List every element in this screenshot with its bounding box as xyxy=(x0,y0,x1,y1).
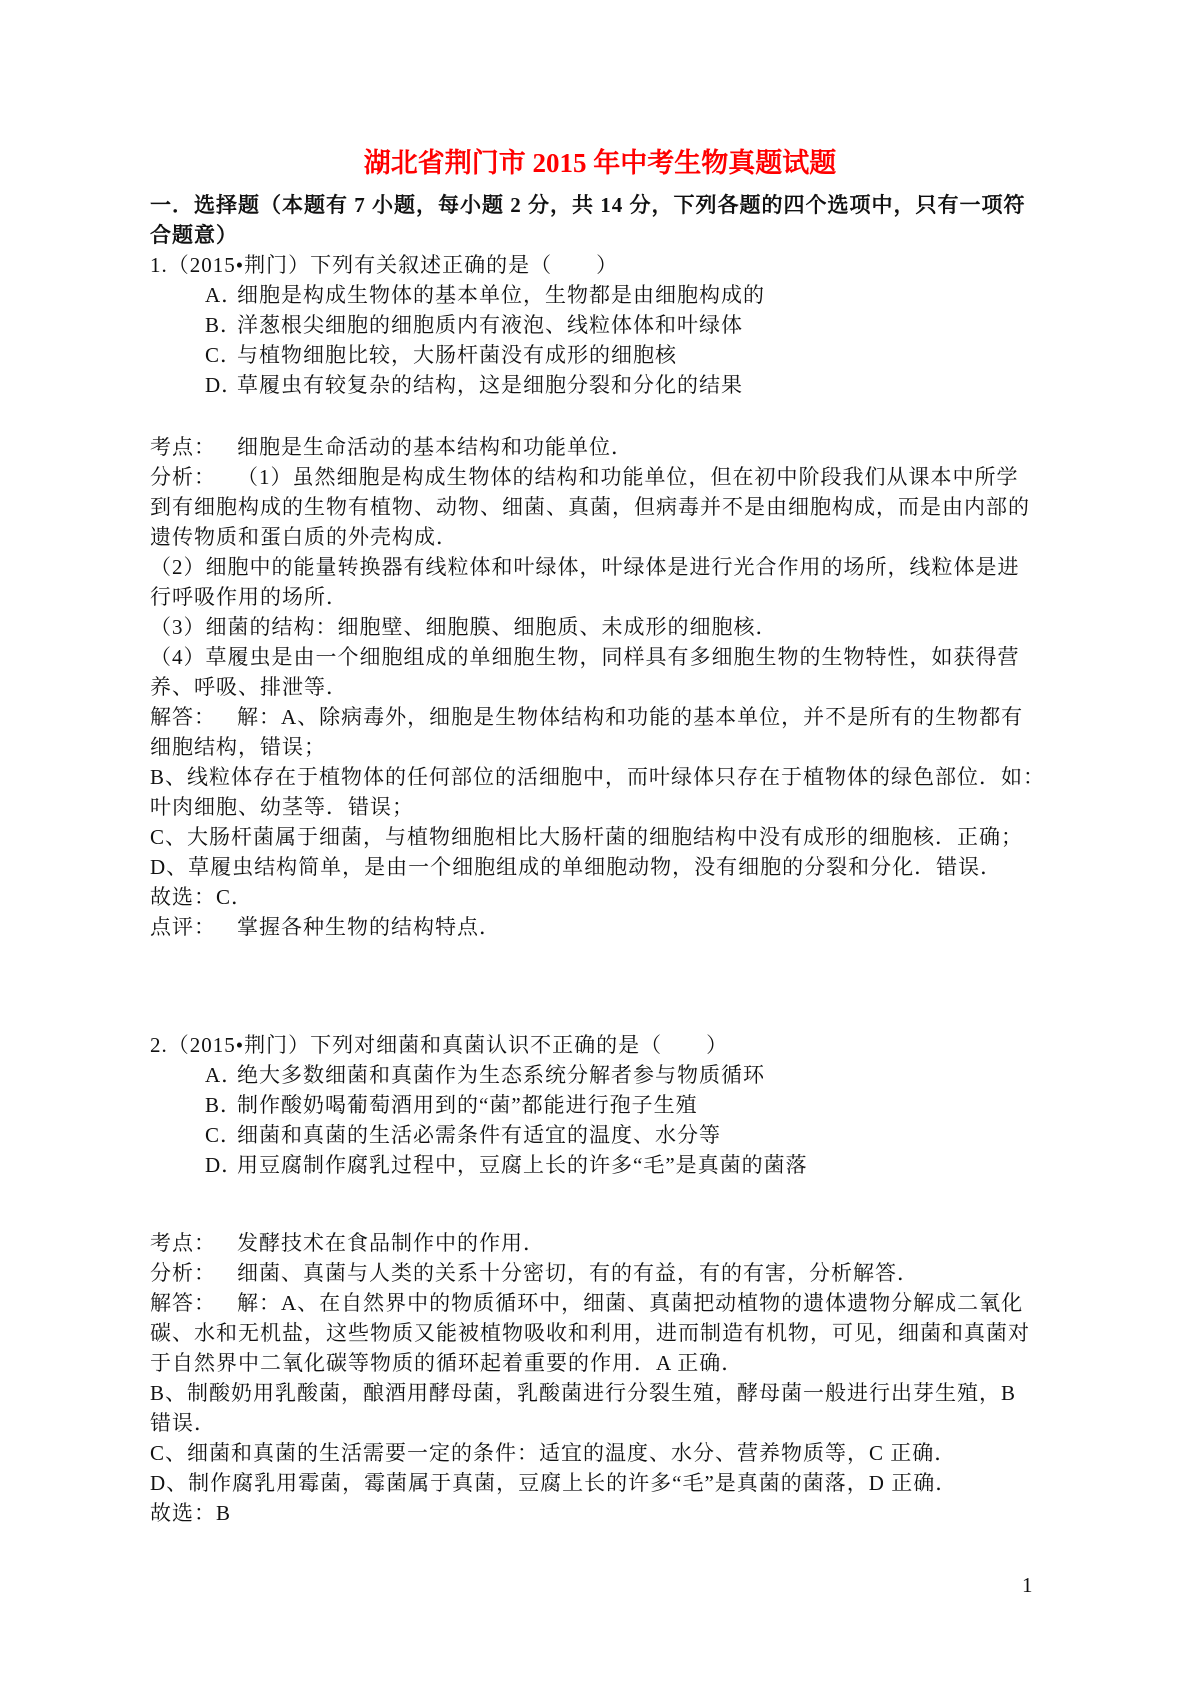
question-1-block: 1.（2015•荆门）下列有关叙述正确的是（ ） A．细胞是构成生物体的基本单位… xyxy=(150,250,1050,942)
option-row: A．绝大多数细菌和真菌作为生态系统分解者参与物质循环 xyxy=(150,1060,1050,1090)
explanation-line: C、细菌和真菌的生活需要一定的条件：适宜的温度、水分、营养物质等，C 正确． xyxy=(150,1438,1050,1468)
explanation-line: 解答：解：A、除病毒外，细胞是生物体结构和功能的基本单位，并不是所有的生物都有 xyxy=(150,702,1050,732)
explanation-label: 点评： xyxy=(150,912,237,942)
option-row: B．制作酸奶喝葡萄酒用到的“菌”都能进行孢子生殖 xyxy=(150,1090,1050,1120)
option-letter: C． xyxy=(205,1120,237,1150)
document-page: 湖北省荆门市 2015 年中考生物真题试题 一．选择题（本题有 7 小题，每小题… xyxy=(0,0,1200,1698)
option-text: 细菌和真菌的生活必需条件有适宜的温度、水分等 xyxy=(237,1123,721,1147)
option-row: C．细菌和真菌的生活必需条件有适宜的温度、水分等 xyxy=(150,1120,1050,1150)
option-row: C．与植物细胞比较，大肠杆菌没有成形的细胞核 xyxy=(150,340,1050,370)
explanation-line: （3）细菌的结构：细胞壁、细胞膜、细胞质、未成形的细胞核． xyxy=(150,612,1050,642)
explanation-text: 掌握各种生物的结构特点． xyxy=(237,915,501,939)
explanation-text: 叶肉细胞、幼茎等．错误； xyxy=(150,795,414,819)
explanation-text: 细胞结构，错误； xyxy=(150,735,326,759)
explanation-line: 考点：发酵技术在食品制作中的作用． xyxy=(150,1228,1050,1258)
explanation-line: 故选：C． xyxy=(150,882,1050,912)
explanation-line: B、制酸奶用乳酸菌，酿酒用酵母菌，乳酸菌进行分裂生殖，酵母菌一般进行出芽生殖，B xyxy=(150,1378,1050,1408)
explanation-text: 养、呼吸、排泄等． xyxy=(150,675,348,699)
explanation-label: 考点： xyxy=(150,1228,237,1258)
explanation-label: 分析： xyxy=(150,1258,237,1288)
explanation-text: C、细菌和真菌的生活需要一定的条件：适宜的温度、水分、营养物质等，C 正确． xyxy=(150,1441,956,1465)
explanation-line: （2）细胞中的能量转换器有线粒体和叶绿体，叶绿体是进行光合作用的场所，线粒体是进 xyxy=(150,552,1050,582)
section-heading-line: 合题意） xyxy=(150,220,1050,250)
option-text: 制作酸奶喝葡萄酒用到的“菌”都能进行孢子生殖 xyxy=(237,1093,698,1117)
explanation-text: B、制酸奶用乳酸菌，酿酒用酵母菌，乳酸菌进行分裂生殖，酵母菌一般进行出芽生殖，B xyxy=(150,1381,1016,1405)
explanation-line: B、线粒体存在于植物体的任何部位的活细胞中，而叶绿体只存在于植物体的绿色部位．如… xyxy=(150,762,1050,792)
question-2-explanation: 考点：发酵技术在食品制作中的作用． 分析：细菌、真菌与人类的关系十分密切，有的有… xyxy=(150,1228,1050,1528)
explanation-text: 遗传物质和蛋白质的外壳构成． xyxy=(150,525,458,549)
option-text: 细胞是构成生物体的基本单位，生物都是由细胞构成的 xyxy=(237,283,765,307)
explanation-line: 行呼吸作用的场所． xyxy=(150,582,1050,612)
explanation-line: D、草履虫结构简单，是由一个细胞组成的单细胞动物，没有细胞的分裂和分化．错误． xyxy=(150,852,1050,882)
explanation-text: 细菌、真菌与人类的关系十分密切，有的有益，有的有害，分析解答． xyxy=(237,1261,919,1285)
explanation-text: 碳、水和无机盐，这些物质又能被植物吸收和利用，进而制造有机物，可见，细菌和真菌对 xyxy=(150,1321,1030,1345)
explanation-text: 行呼吸作用的场所． xyxy=(150,585,348,609)
explanation-line: 碳、水和无机盐，这些物质又能被植物吸收和利用，进而制造有机物，可见，细菌和真菌对 xyxy=(150,1318,1050,1348)
explanation-text: 解：A、在自然界中的物质循环中，细菌、真菌把动植物的遗体遗物分解成二氧化 xyxy=(237,1291,1023,1315)
explanation-text: （1）虽然细胞是构成生物体的结构和功能单位，但在初中阶段我们从课本中所学 xyxy=(237,465,1019,489)
explanation-line: 遗传物质和蛋白质的外壳构成． xyxy=(150,522,1050,552)
option-row: D．草履虫有较复杂的结构，这是细胞分裂和分化的结果 xyxy=(150,370,1050,400)
explanation-line: 考点：细胞是生命活动的基本结构和功能单位． xyxy=(150,432,1050,462)
option-letter: B． xyxy=(205,1090,237,1120)
document-content: 湖北省荆门市 2015 年中考生物真题试题 一．选择题（本题有 7 小题，每小题… xyxy=(0,0,1200,1528)
explanation-line: 于自然界中二氧化碳等物质的循环起着重要的作用．A 正确． xyxy=(150,1348,1050,1378)
option-row: B．洋葱根尖细胞的细胞质内有液泡、线粒体体和叶绿体 xyxy=(150,310,1050,340)
question-2-stem: 2.（2015•荆门）下列对细菌和真菌认识不正确的是（ ） xyxy=(150,1030,1050,1060)
option-letter: D． xyxy=(205,370,237,400)
explanation-text: 细胞是生命活动的基本结构和功能单位． xyxy=(237,435,633,459)
explanation-text: D、制作腐乳用霉菌，霉菌属于真菌，豆腐上长的许多“毛”是真菌的菌落，D 正确． xyxy=(150,1471,957,1495)
explanation-text: B、线粒体存在于植物体的任何部位的活细胞中，而叶绿体只存在于植物体的绿色部位．如… xyxy=(150,765,1045,789)
explanation-text: （4）草履虫是由一个细胞组成的单细胞生物，同样具有多细胞生物的生物特性，如获得营 xyxy=(150,645,1020,669)
explanation-line: 解答：解：A、在自然界中的物质循环中，细菌、真菌把动植物的遗体遗物分解成二氧化 xyxy=(150,1288,1050,1318)
explanation-label: 考点： xyxy=(150,432,237,462)
option-text: 用豆腐制作腐乳过程中，豆腐上长的许多“毛”是真菌的菌落 xyxy=(237,1153,808,1177)
question-1-options: A．细胞是构成生物体的基本单位，生物都是由细胞构成的 B．洋葱根尖细胞的细胞质内… xyxy=(150,280,1050,400)
option-text: 绝大多数细菌和真菌作为生态系统分解者参与物质循环 xyxy=(237,1063,765,1087)
question-2-block: 2.（2015•荆门）下列对细菌和真菌认识不正确的是（ ） A．绝大多数细菌和真… xyxy=(150,1030,1050,1528)
explanation-label: 解答： xyxy=(150,702,237,732)
explanation-line: 分析：（1）虽然细胞是构成生物体的结构和功能单位，但在初中阶段我们从课本中所学 xyxy=(150,462,1050,492)
option-letter: D． xyxy=(205,1150,237,1180)
option-row: D．用豆腐制作腐乳过程中，豆腐上长的许多“毛”是真菌的菌落 xyxy=(150,1150,1050,1180)
explanation-text: 故选：B xyxy=(150,1501,231,1525)
explanation-line: 叶肉细胞、幼茎等．错误； xyxy=(150,792,1050,822)
explanation-line: 分析：细菌、真菌与人类的关系十分密切，有的有益，有的有害，分析解答． xyxy=(150,1258,1050,1288)
section-heading: 一．选择题（本题有 7 小题，每小题 2 分，共 14 分，下列各题的四个选项中… xyxy=(150,190,1050,250)
explanation-text: 于自然界中二氧化碳等物质的循环起着重要的作用．A 正确． xyxy=(150,1351,743,1375)
explanation-text: 到有细胞构成的生物有植物、动物、细菌、真菌，但病毒并不是由细胞构成，而是由内部的 xyxy=(150,495,1030,519)
option-letter: A． xyxy=(205,280,237,310)
explanation-text: （3）细菌的结构：细胞壁、细胞膜、细胞质、未成形的细胞核． xyxy=(150,615,778,639)
explanation-line: （4）草履虫是由一个细胞组成的单细胞生物，同样具有多细胞生物的生物特性，如获得营 xyxy=(150,642,1050,672)
option-letter: B． xyxy=(205,310,237,340)
explanation-text: 错误． xyxy=(150,1411,216,1435)
option-text: 洋葱根尖细胞的细胞质内有液泡、线粒体体和叶绿体 xyxy=(237,313,743,337)
explanation-line: D、制作腐乳用霉菌，霉菌属于真菌，豆腐上长的许多“毛”是真菌的菌落，D 正确． xyxy=(150,1468,1050,1498)
explanation-line: 到有细胞构成的生物有植物、动物、细菌、真菌，但病毒并不是由细胞构成，而是由内部的 xyxy=(150,492,1050,522)
option-text: 草履虫有较复杂的结构，这是细胞分裂和分化的结果 xyxy=(237,373,743,397)
explanation-text: 解：A、除病毒外，细胞是生物体结构和功能的基本单位，并不是所有的生物都有 xyxy=(237,705,1023,729)
explanation-line: 细胞结构，错误； xyxy=(150,732,1050,762)
explanation-text: 发酵技术在食品制作中的作用． xyxy=(237,1231,545,1255)
section-heading-line: 一．选择题（本题有 7 小题，每小题 2 分，共 14 分，下列各题的四个选项中… xyxy=(150,190,1050,220)
question-1-explanation: 考点：细胞是生命活动的基本结构和功能单位． 分析：（1）虽然细胞是构成生物体的结… xyxy=(150,432,1050,942)
option-letter: C． xyxy=(205,340,237,370)
explanation-label: 分析： xyxy=(150,462,237,492)
explanation-text: （2）细胞中的能量转换器有线粒体和叶绿体，叶绿体是进行光合作用的场所，线粒体是进 xyxy=(150,555,1020,579)
page-number: 1 xyxy=(1022,1570,1033,1600)
document-title: 湖北省荆门市 2015 年中考生物真题试题 xyxy=(150,148,1050,178)
explanation-text: C、大肠杆菌属于细菌，与植物细胞相比大肠杆菌的细胞结构中没有成形的细胞核．正确； xyxy=(150,825,1023,849)
option-row: A．细胞是构成生物体的基本单位，生物都是由细胞构成的 xyxy=(150,280,1050,310)
explanation-text: 故选：C． xyxy=(150,885,253,909)
explanation-line: C、大肠杆菌属于细菌，与植物细胞相比大肠杆菌的细胞结构中没有成形的细胞核．正确； xyxy=(150,822,1050,852)
option-letter: A． xyxy=(205,1060,237,1090)
explanation-text: D、草履虫结构简单，是由一个细胞组成的单细胞动物，没有细胞的分裂和分化．错误． xyxy=(150,855,1002,879)
question-1-stem: 1.（2015•荆门）下列有关叙述正确的是（ ） xyxy=(150,250,1050,280)
option-text: 与植物细胞比较，大肠杆菌没有成形的细胞核 xyxy=(237,343,677,367)
explanation-line: 错误． xyxy=(150,1408,1050,1438)
explanation-line: 故选：B xyxy=(150,1498,1050,1528)
explanation-line: 点评：掌握各种生物的结构特点． xyxy=(150,912,1050,942)
explanation-line: 养、呼吸、排泄等． xyxy=(150,672,1050,702)
question-2-options: A．绝大多数细菌和真菌作为生态系统分解者参与物质循环 B．制作酸奶喝葡萄酒用到的… xyxy=(150,1060,1050,1180)
explanation-label: 解答： xyxy=(150,1288,237,1318)
